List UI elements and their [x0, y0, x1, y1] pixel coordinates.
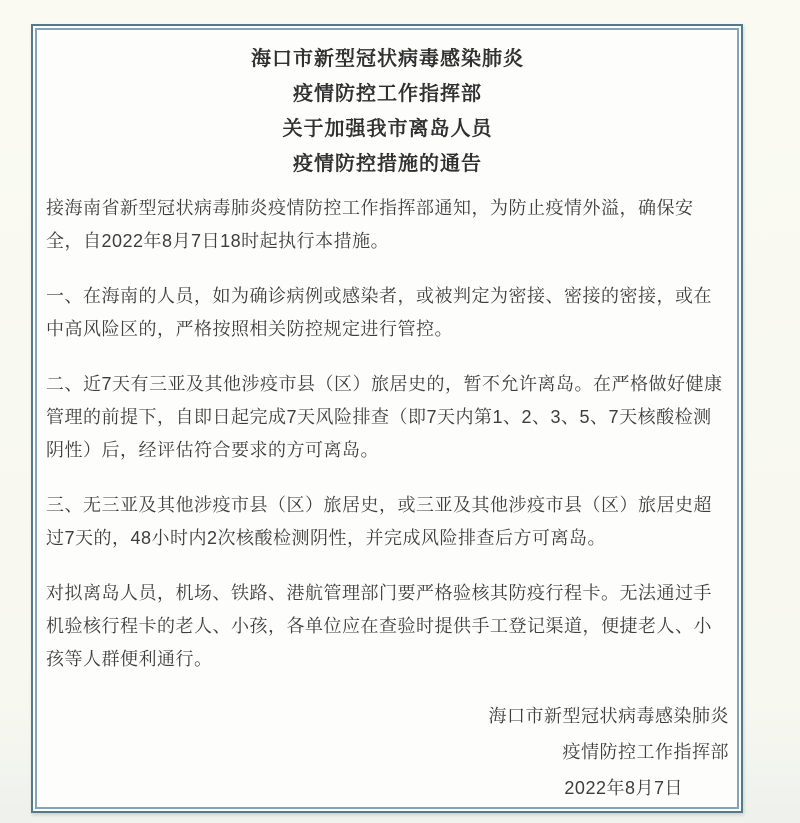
- title-line-4: 疫情防控措施的通告: [46, 147, 729, 182]
- paragraph-transit-check: 对拟离岛人员，机场、铁路、港航管理部门要严格验核其防疫行程卡。无法通过手机验核行…: [46, 577, 729, 676]
- title-line-3: 关于加强我市离岛人员: [46, 112, 729, 147]
- paragraph-intro: 接海南省新型冠状病毒肺炎疫情防控工作指挥部通知，为防止疫情外溢，确保安全，自20…: [46, 192, 729, 258]
- title-line-1: 海口市新型冠状病毒感染肺炎: [46, 42, 729, 77]
- notice-card: 海口市新型冠状病毒感染肺炎 疫情防控工作指挥部 关于加强我市离岛人员 疫情防控措…: [31, 24, 743, 813]
- signature-org-line-1: 海口市新型冠状病毒感染肺炎: [46, 698, 729, 734]
- signature-block: 海口市新型冠状病毒感染肺炎 疫情防控工作指挥部 2022年8月7日: [46, 698, 729, 806]
- signature-org-line-2: 疫情防控工作指挥部: [46, 734, 729, 770]
- notice-page: 海口市新型冠状病毒感染肺炎 疫情防控工作指挥部 关于加强我市离岛人员 疫情防控措…: [0, 0, 800, 823]
- paragraph-item-1: 一、在海南的人员，如为确诊病例或感染者，或被判定为密接、密接的密接，或在中高风险…: [46, 280, 729, 346]
- notice-card-inner: 海口市新型冠状病毒感染肺炎 疫情防控工作指挥部 关于加强我市离岛人员 疫情防控措…: [35, 28, 739, 809]
- title-line-2: 疫情防控工作指挥部: [46, 77, 729, 112]
- paragraph-item-2: 二、近7天有三亚及其他涉疫市县（区）旅居史的，暂不允许离岛。在严格做好健康管理的…: [46, 368, 729, 467]
- paragraph-item-3: 三、无三亚及其他涉疫市县（区）旅居史，或三亚及其他涉疫市县（区）旅居史超过7天的…: [46, 489, 729, 555]
- notice-title: 海口市新型冠状病毒感染肺炎 疫情防控工作指挥部 关于加强我市离岛人员 疫情防控措…: [46, 42, 729, 182]
- signature-date: 2022年8月7日: [46, 770, 729, 806]
